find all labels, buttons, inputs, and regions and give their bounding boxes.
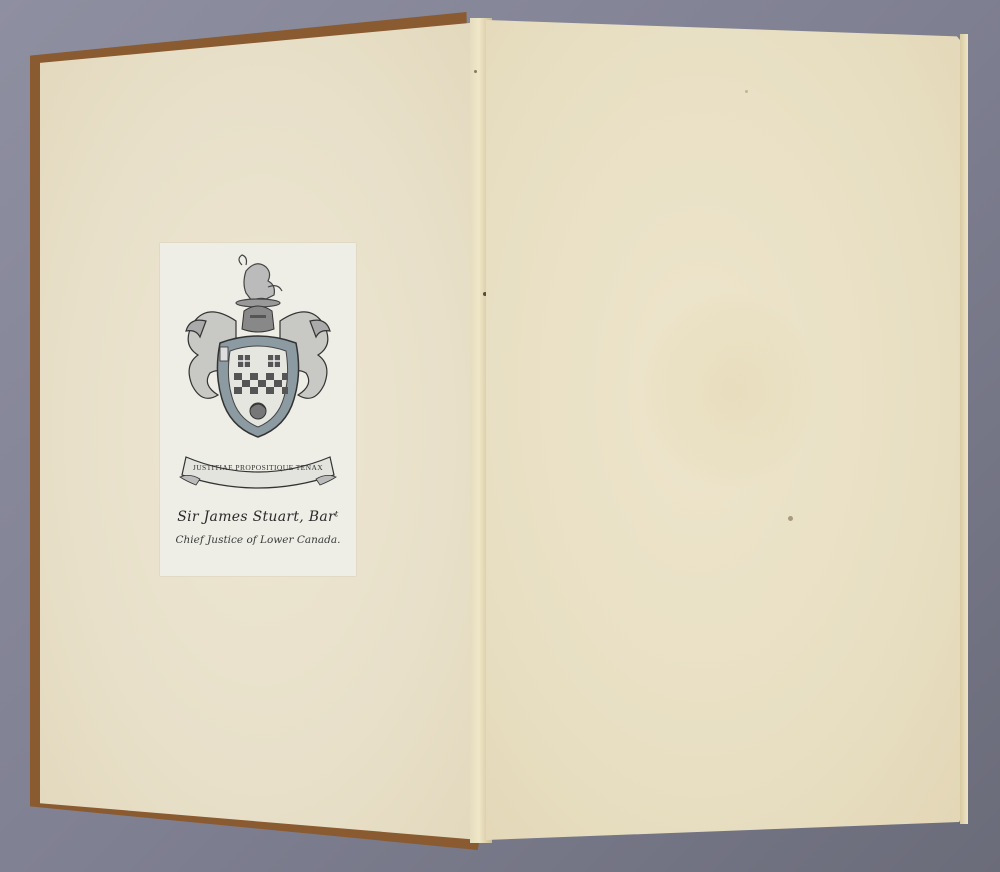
bookplate-offset-shadow bbox=[640, 290, 820, 490]
foxing-spot bbox=[745, 90, 748, 93]
owner-name: Sir James Stuart, Barᵗ bbox=[160, 509, 356, 525]
bookplate: JUSTITIAE PROPOSITIQUE TENAX Sir James S… bbox=[160, 243, 356, 576]
owner-title: Chief Justice of Lower Canada. bbox=[160, 534, 356, 546]
page-edge bbox=[960, 34, 968, 824]
motto-text: JUSTITIAE PROPOSITIQUE TENAX bbox=[184, 463, 332, 485]
foxing-spot bbox=[788, 516, 793, 521]
gutter-spot bbox=[474, 70, 477, 73]
coat-of-arms-icon bbox=[176, 251, 340, 491]
